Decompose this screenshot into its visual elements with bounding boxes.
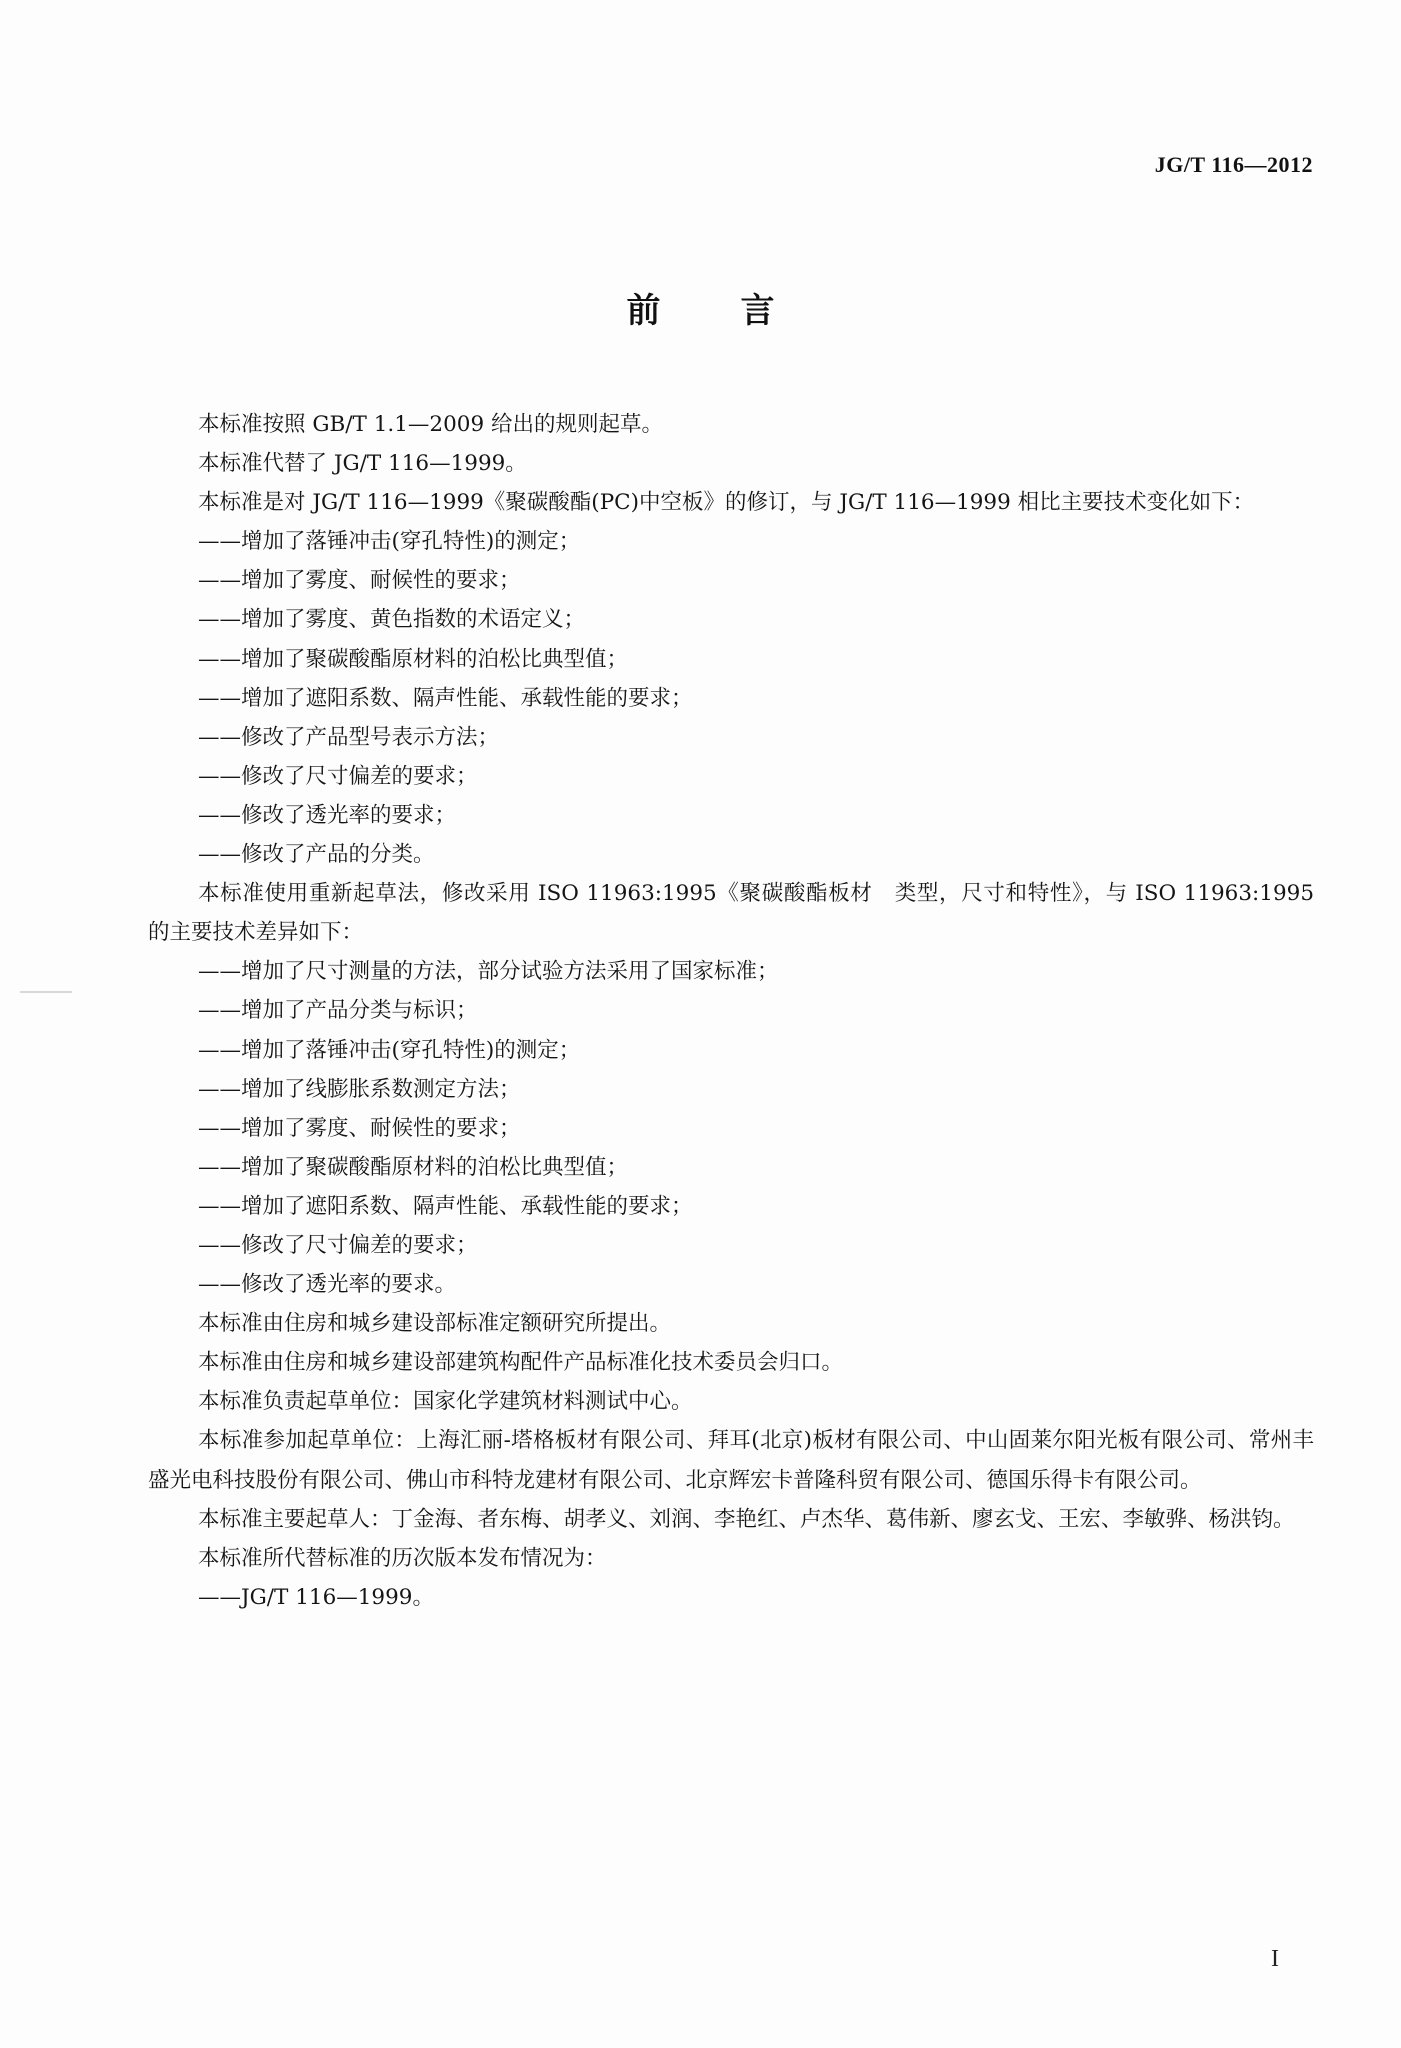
list-item: ——修改了尺寸偏差的要求； <box>148 757 1314 796</box>
list-item: ——修改了透光率的要求； <box>148 796 1314 835</box>
list-item: ——增加了尺寸测量的方法，部分试验方法采用了国家标准； <box>148 952 1314 991</box>
previous-editions-list: ——JG/T 116—1999。 <box>148 1578 1314 1617</box>
foreword-body: 本标准按照 GB/T 1.1—2009 给出的规则起草。 本标准代替了 JG/T… <box>148 405 1314 1617</box>
list-item: ——增加了遮阳系数、隔声性能、承载性能的要求； <box>148 1187 1314 1226</box>
list-item: ——增加了线膨胀系数测定方法； <box>148 1070 1314 1109</box>
paragraph-lead-drafter: 本标准负责起草单位：国家化学建筑材料测试中心。 <box>148 1382 1314 1421</box>
list-item: ——修改了尺寸偏差的要求； <box>148 1226 1314 1265</box>
document-page: JG/T 116—2012 前言 本标准按照 GB/T 1.1—2009 给出的… <box>0 0 1401 2048</box>
list-item: ——增加了聚碳酸酯原材料的泊松比典型值； <box>148 1148 1314 1187</box>
changes-list: ——增加了落锤冲击(穿孔特性)的测定； ——增加了雾度、耐候性的要求； ——增加… <box>148 522 1314 874</box>
iso-differences-list: ——增加了尺寸测量的方法，部分试验方法采用了国家标准； ——增加了产品分类与标识… <box>148 952 1314 1304</box>
list-item: ——增加了雾度、耐候性的要求； <box>148 561 1314 600</box>
list-item: ——修改了透光率的要求。 <box>148 1265 1314 1304</box>
paragraph-drafting-rules: 本标准按照 GB/T 1.1—2009 给出的规则起草。 <box>148 405 1314 444</box>
list-item: ——增加了落锤冲击(穿孔特性)的测定； <box>148 522 1314 561</box>
page-number: I <box>1271 1946 1279 1973</box>
list-item: ——修改了产品型号表示方法； <box>148 718 1314 757</box>
paragraph-iso-adoption: 本标准使用重新起草法，修改采用 ISO 11963:1995《聚碳酸酯板材 类型… <box>148 874 1314 952</box>
paragraph-previous-editions: 本标准所代替标准的历次版本发布情况为： <box>148 1539 1314 1578</box>
paragraph-proposed-by: 本标准由住房和城乡建设部标准定额研究所提出。 <box>148 1304 1314 1343</box>
page-title: 前言 <box>0 283 1401 332</box>
scan-artifact-mark <box>20 991 72 993</box>
standard-code: JG/T 116—2012 <box>1155 152 1313 178</box>
list-item: ——增加了雾度、耐候性的要求； <box>148 1109 1314 1148</box>
paragraph-participating-drafters: 本标准参加起草单位：上海汇丽-塔格板材有限公司、拜耳(北京)板材有限公司、中山固… <box>148 1421 1314 1499</box>
paragraph-replaces: 本标准代替了 JG/T 116—1999。 <box>148 444 1314 483</box>
list-item: ——增加了聚碳酸酯原材料的泊松比典型值； <box>148 640 1314 679</box>
list-item: ——JG/T 116—1999。 <box>148 1578 1314 1617</box>
list-item: ——增加了遮阳系数、隔声性能、承载性能的要求； <box>148 679 1314 718</box>
paragraph-main-drafters: 本标准主要起草人：丁金海、者东梅、胡孝义、刘润、李艳红、卢杰华、葛伟新、廖玄戈、… <box>148 1500 1314 1539</box>
paragraph-administered-by: 本标准由住房和城乡建设部建筑构配件产品标准化技术委员会归口。 <box>148 1343 1314 1382</box>
list-item: ——增加了产品分类与标识； <box>148 991 1314 1030</box>
paragraph-revision-intro: 本标准是对 JG/T 116—1999《聚碳酸酯(PC)中空板》的修订，与 JG… <box>148 483 1314 522</box>
list-item: ——增加了落锤冲击(穿孔特性)的测定； <box>148 1031 1314 1070</box>
list-item: ——修改了产品的分类。 <box>148 835 1314 874</box>
list-item: ——增加了雾度、黄色指数的术语定义； <box>148 600 1314 639</box>
